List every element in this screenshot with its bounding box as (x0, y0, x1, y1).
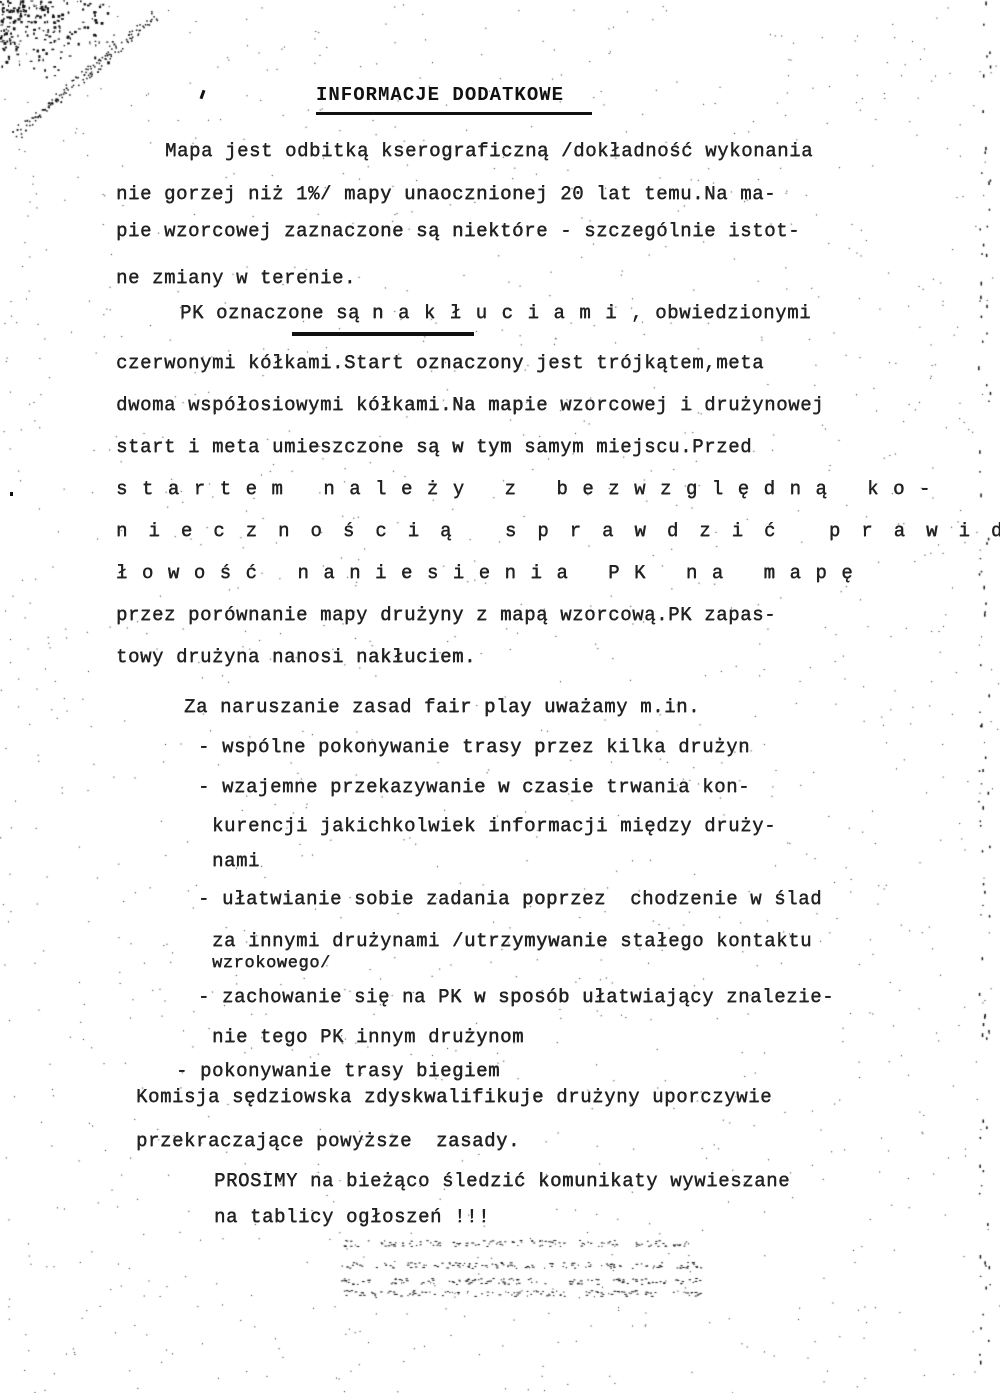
fair-play-item-2-cont-2: nami (212, 850, 260, 872)
paragraph-2-line-3: dwoma współosiowymi kółkami.Na mapie wzo… (116, 394, 824, 416)
emphasized-word: nakłuciami (372, 302, 631, 324)
paragraph-1-line-4: ne zmiany w terenie. (116, 267, 356, 289)
paragraph-2-line-1: PK oznaczone są nakłuciami, obwiedzionym… (180, 302, 811, 324)
fair-play-item-4-cont: nie tego PK innym drużynom (212, 1026, 524, 1048)
document-title: INFORMACJE DODATKOWE (316, 84, 564, 106)
paragraph-2-line-6: niecznością sprawdzić prawid- (116, 520, 1000, 542)
fair-play-item-3-cont: za innymi drużynami /utrzymywanie stałeg… (212, 930, 812, 952)
paragraph-2-line-5: startem należy z bezwzględną ko- (116, 478, 945, 500)
fair-play-intro: Za naruszanie zasad fair play uważamy m.… (184, 696, 700, 718)
fair-play-item-1: - wspólne pokonywanie trasy przez kilka … (198, 736, 750, 758)
emphasis-underline (292, 332, 474, 336)
paragraph-2-suffix: , obwiedzionymi (631, 302, 811, 324)
paragraph-2-line-8: przez porównanie mapy drużyny z mapą wzo… (116, 604, 776, 626)
notice-line-1: PROSIMY na bieżąco śledzić komunikaty wy… (214, 1170, 790, 1192)
scanned-page: INFORMACJE DODATKOWE Mapa jest odbitką k… (0, 0, 1000, 1393)
paragraph-1-line-2: nie gorzej niż 1%/ mapy unaocznionej 20 … (116, 183, 776, 205)
paragraph-2-line-2: czerwonymi kółkami.Start oznaczony jest … (116, 352, 764, 374)
title-underline (316, 112, 592, 115)
paragraph-2-line-9: towy drużyna nanosi nakłuciem. (116, 646, 476, 668)
fair-play-item-2: - wzajemne przekazywanie w czasie trwani… (198, 776, 750, 798)
fair-play-item-3-cont-2: wzrokowego/ (212, 954, 331, 973)
paragraph-2-line-7: łowość naniesienia PK na mapę (116, 562, 867, 584)
paragraph-2-prefix: PK oznaczone są (180, 302, 360, 324)
notice-line-2: na tablicy ogłoszeń !!! (214, 1206, 490, 1228)
paragraph-1-line-3: pie wzorcowej zaznaczone są niektóre - s… (116, 220, 800, 242)
fair-play-item-4: - zachowanie się na PK w sposób ułatwiaj… (198, 986, 834, 1008)
paragraph-1-line-1: Mapa jest odbitką kserograficzną /dokład… (165, 140, 813, 162)
stray-mark (10, 492, 13, 496)
paragraph-2-line-4: start i meta umieszczone są w tym samym … (116, 436, 752, 458)
stray-mark (200, 90, 206, 99)
fair-play-item-5: - pokonywanie trasy biegiem (176, 1060, 500, 1082)
closing-line-1: Komisja sędziowska zdyskwalifikuje druży… (136, 1086, 772, 1108)
fair-play-item-3: - ułatwianie sobie zadania poprzez chodz… (198, 888, 822, 910)
closing-line-2: przekraczające powyższe zasady. (136, 1130, 520, 1152)
fair-play-item-2-cont: kurencji jakichkolwiek informacji między… (212, 815, 776, 837)
